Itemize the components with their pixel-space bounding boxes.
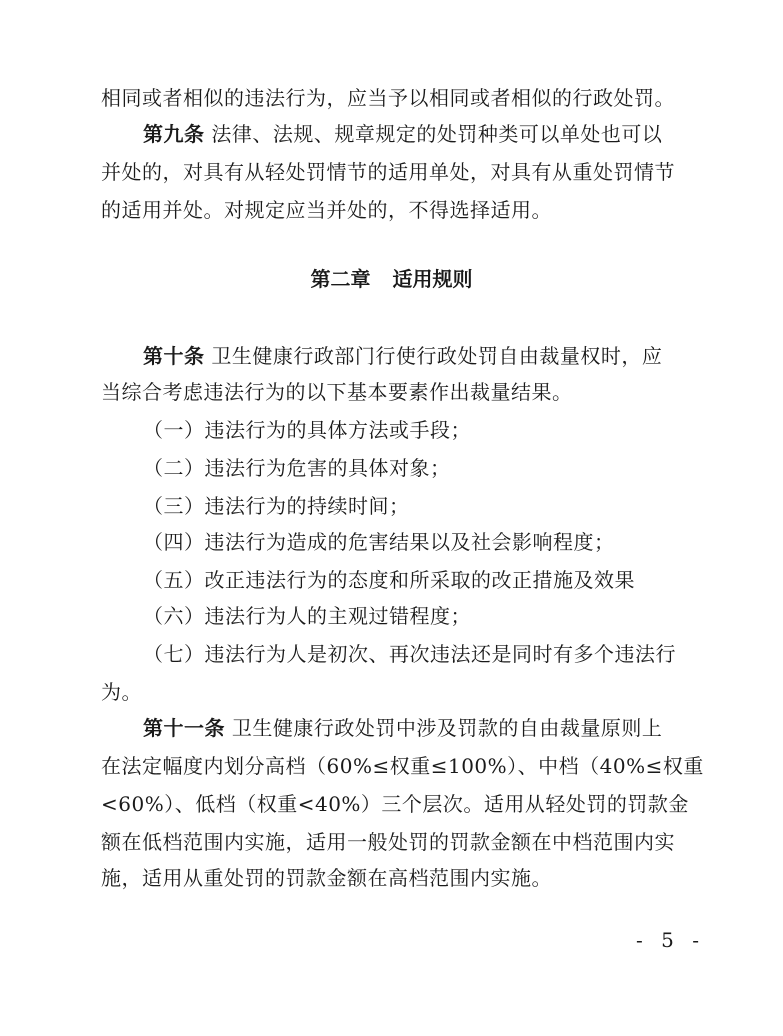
item-text: （三）违法行为的持续时间；: [143, 494, 410, 518]
text: 当综合考虑违法行为的以下基本要素作出裁量结果。: [101, 380, 573, 404]
article-label: 第十一条: [143, 716, 225, 740]
item-text: （五）改正违法行为的态度和所采取的改正措施及效果: [143, 568, 635, 592]
text: 卫生健康行政部门行使行政处罚自由裁量权时，应: [205, 344, 663, 368]
item-text: （六）违法行为人的主观过错程度；: [143, 604, 471, 628]
chapter-title: 适用规则: [393, 267, 473, 291]
list-item: （一）违法行为的具体方法或手段；: [143, 418, 471, 442]
article-11-line-4: 额在低档范围内实施，适用一般处罚的罚款金额在中档范围内实: [101, 830, 675, 854]
text: 相同或者相似的违法行为，应当予以相同或者相似的行政处罚。: [101, 86, 675, 110]
article-11-line-2: 在法定幅度内划分高档（60%≤权重≤100%）、中档（40%≤权重: [101, 754, 704, 778]
article-9-line-3: 的适用并处。对规定应当并处的，不得选择适用。: [101, 198, 552, 222]
chapter-number: 第二章: [311, 267, 371, 291]
text: 并处的，对具有从轻处罚情节的适用单处，对具有从重处罚情节: [101, 160, 675, 184]
text: 施，适用从重处罚的罚款金额在高档范围内实施。: [101, 866, 552, 890]
item-text: 为。: [101, 680, 142, 704]
text: 卫生健康行政处罚中涉及罚款的自由裁量原则上: [225, 716, 662, 740]
article-9-line-1: 第九条 法律、法规、规章规定的处罚种类可以单处也可以: [143, 122, 662, 146]
text: 在法定幅度内划分高档（60%≤权重≤100%）、中档（40%≤权重: [101, 754, 704, 778]
article-11-line-3: <60%）、低档（权重<40%）三个层次。适用从轻处罚的罚款金: [101, 792, 689, 816]
article-9-line-2: 并处的，对具有从轻处罚情节的适用单处，对具有从重处罚情节: [101, 160, 675, 184]
item-text: （一）违法行为的具体方法或手段；: [143, 418, 471, 442]
paragraph-line: 相同或者相似的违法行为，应当予以相同或者相似的行政处罚。: [101, 86, 675, 110]
list-item: （五）改正违法行为的态度和所采取的改正措施及效果: [143, 568, 635, 592]
list-item: （七）违法行为人是初次、再次违法还是同时有多个违法行: [143, 642, 676, 666]
text: <60%）、低档（权重<40%）三个层次。适用从轻处罚的罚款金: [101, 792, 689, 816]
list-item: （六）违法行为人的主观过错程度；: [143, 604, 471, 628]
chapter-heading: 第二章适用规则: [0, 266, 783, 292]
article-label: 第九条: [143, 122, 205, 146]
list-item: （四）违法行为造成的危害结果以及社会影响程度；: [143, 530, 615, 554]
list-item: （三）违法行为的持续时间；: [143, 494, 410, 518]
list-item: （二）违法行为危害的具体对象；: [143, 456, 451, 480]
article-10-line-1: 第十条 卫生健康行政部门行使行政处罚自由裁量权时，应: [143, 344, 662, 368]
article-11-line-5: 施，适用从重处罚的罚款金额在高档范围内实施。: [101, 866, 552, 890]
item-text: （二）违法行为危害的具体对象；: [143, 456, 451, 480]
page-number: - 5 -: [636, 928, 705, 952]
article-label: 第十条: [143, 344, 205, 368]
article-11-line-1: 第十一条 卫生健康行政处罚中涉及罚款的自由裁量原则上: [143, 716, 662, 740]
article-10-line-2: 当综合考虑违法行为的以下基本要素作出裁量结果。: [101, 380, 573, 404]
text: 额在低档范围内实施，适用一般处罚的罚款金额在中档范围内实: [101, 830, 675, 854]
text: 的适用并处。对规定应当并处的，不得选择适用。: [101, 198, 552, 222]
item-text: （七）违法行为人是初次、再次违法还是同时有多个违法行: [143, 642, 676, 666]
text: 法律、法规、规章规定的处罚种类可以单处也可以: [205, 122, 663, 146]
list-item-continuation: 为。: [101, 680, 142, 704]
item-text: （四）违法行为造成的危害结果以及社会影响程度；: [143, 530, 615, 554]
